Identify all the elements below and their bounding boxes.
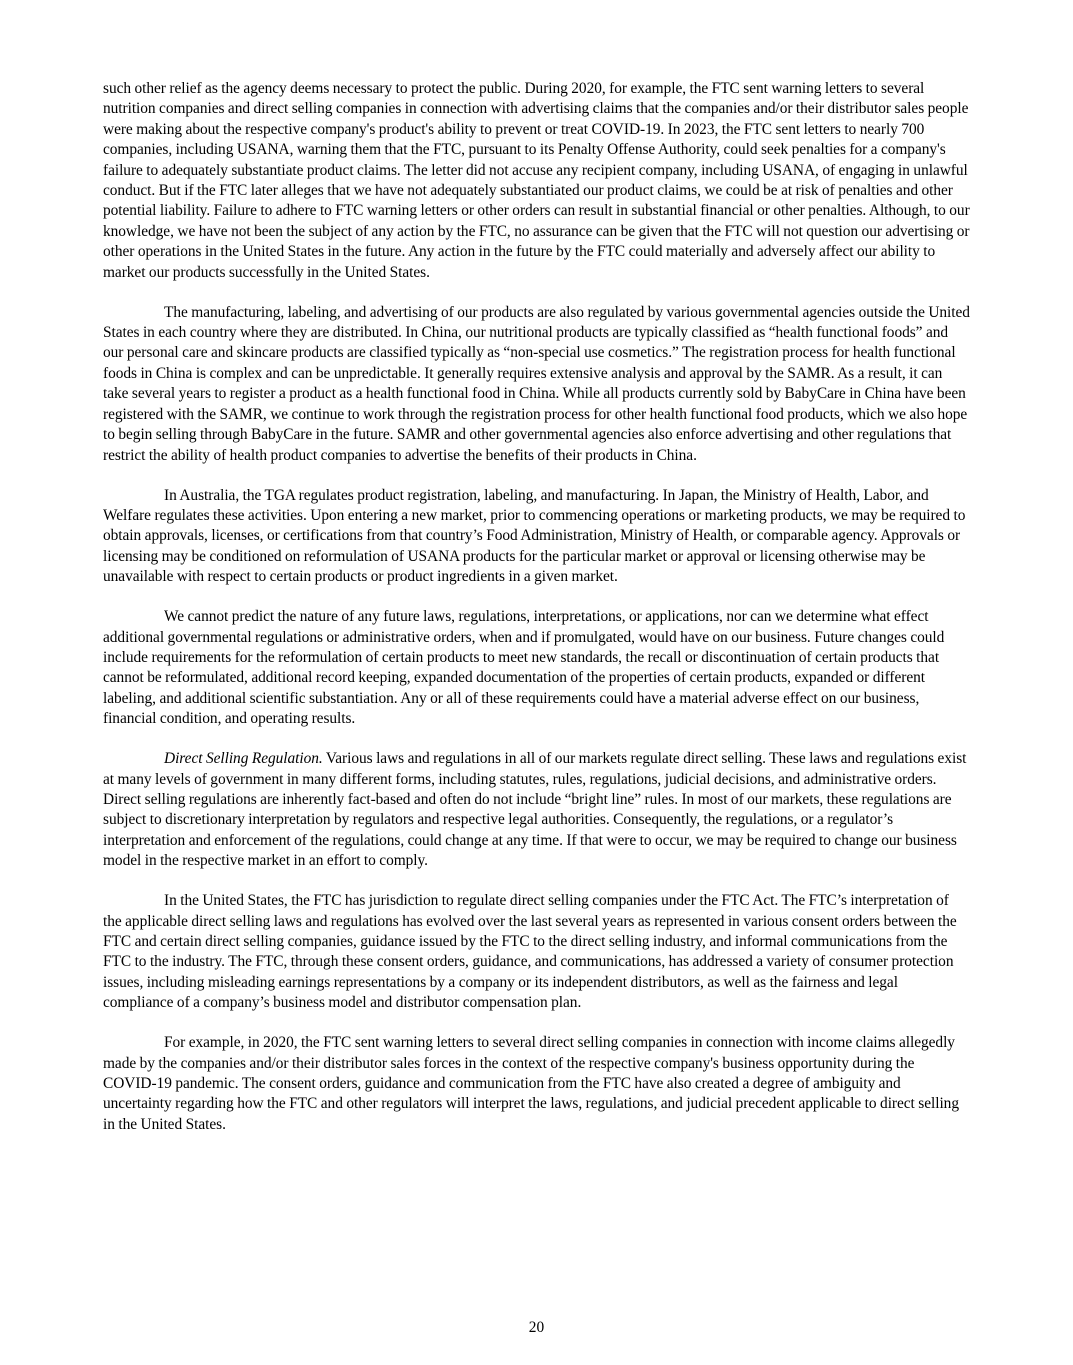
paragraph-text: In the United States, the FTC has jurisd… <box>103 892 957 1011</box>
paragraph-text: For example, in 2020, the FTC sent warni… <box>103 1034 959 1133</box>
page-number: 20 <box>0 1318 1073 1338</box>
paragraph-text: such other relief as the agency deems ne… <box>103 80 970 281</box>
paragraph-ftc-relief: such other relief as the agency deems ne… <box>103 79 970 283</box>
paragraph-text: In Australia, the TGA regulates product … <box>103 487 965 586</box>
paragraph-text: The manufacturing, labeling, and adverti… <box>103 304 970 464</box>
paragraph-us-ftc-jurisdiction: In the United States, the FTC has jurisd… <box>103 891 970 1013</box>
paragraph-future-laws: We cannot predict the nature of any futu… <box>103 607 970 729</box>
paragraph-text: We cannot predict the nature of any futu… <box>103 608 944 727</box>
paragraph-direct-selling-regulation: Direct Selling Regulation. Various laws … <box>103 749 970 871</box>
section-run-in-heading: Direct Selling Regulation. <box>164 750 323 767</box>
paragraph-2020-warning-letters: For example, in 2020, the FTC sent warni… <box>103 1033 970 1135</box>
paragraph-australia-japan: In Australia, the TGA regulates product … <box>103 486 970 588</box>
paragraph-foreign-regulation: The manufacturing, labeling, and adverti… <box>103 303 970 466</box>
document-page: such other relief as the agency deems ne… <box>103 79 970 1155</box>
paragraph-text: Various laws and regulations in all of o… <box>103 750 966 869</box>
